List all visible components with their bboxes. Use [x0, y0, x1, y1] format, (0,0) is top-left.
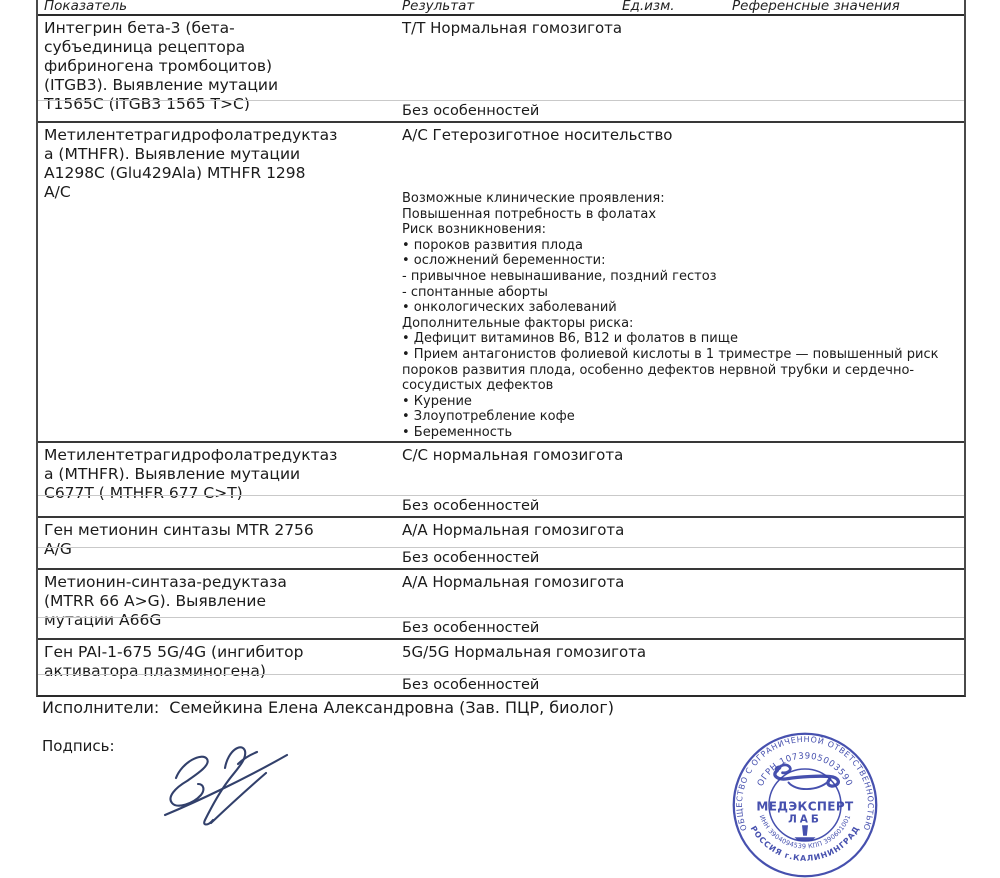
result-cell: А/С Гетерозиготное носительство — [402, 126, 962, 145]
table-row: Ген метионин синтазы MTR 2756 A/G А/А Но… — [38, 518, 964, 570]
result-cell: 5G/5G Нормальная гомозигота — [402, 643, 962, 662]
lab-report-page: Показатель Результат Ед.изм. Референсные… — [0, 0, 1000, 878]
comment-text: Без особенностей — [402, 549, 539, 567]
result-cell: А/А Нормальная гомозигота — [402, 573, 962, 592]
comment-text: Без особенностей — [402, 676, 539, 694]
table-row: Метионин-синтаза-редуктаза (MTRR 66 A>G)… — [38, 570, 964, 640]
header-reference: Референсные значения — [732, 0, 900, 13]
company-stamp: ОБЩЕСТВО С ОГРАНИЧЕННОЙ ОТВЕТСТВЕННОСТЬЮ… — [730, 730, 880, 878]
comment-row: Без особенностей — [38, 617, 964, 638]
header-units: Ед.изм. — [622, 0, 675, 13]
table-row: Метилентетрагидрофолатредуктаз а (MTHFR)… — [38, 123, 964, 443]
table-row: Ген PAI-1-675 5G/4G (ингибитор активатор… — [38, 640, 964, 695]
executors-value: Семейкина Елена Александровна (Зав. ПЦР,… — [169, 698, 614, 717]
results-table: Показатель Результат Ед.изм. Референсные… — [36, 0, 966, 697]
table-header-row: Показатель Результат Ед.изм. Референсные… — [38, 0, 964, 16]
header-indicator: Показатель — [44, 0, 127, 13]
comment-row: Без особенностей — [38, 100, 964, 121]
details-text: Возможные клинические проявления: Повыше… — [402, 191, 968, 441]
comment-text: Без особенностей — [402, 102, 539, 120]
signature-label: Подпись: — [42, 737, 115, 755]
table-row: Метилентетрагидрофолатредуктаз а (MTHFR)… — [38, 443, 964, 518]
stamp-company-name: МЕДЭКСПЕРТ — [756, 799, 854, 813]
comment-row: Без особенностей — [38, 547, 964, 568]
indicator-cell: Метилентетрагидрофолатредуктаз а (MTHFR)… — [44, 126, 396, 202]
signature-scribble — [148, 736, 298, 828]
comment-row: Без особенностей — [38, 674, 964, 695]
comment-text: Без особенностей — [402, 497, 539, 515]
executors-line: Исполнители:Семейкина Елена Александровн… — [42, 698, 614, 717]
comment-text: Без особенностей — [402, 619, 539, 637]
table-row: Интегрин бета-3 (бета- субъединица рецеп… — [38, 16, 964, 123]
table-body: Интегрин бета-3 (бета- субъединица рецеп… — [38, 16, 964, 695]
result-cell: А/А Нормальная гомозигота — [402, 521, 962, 540]
comment-row: Без особенностей — [38, 495, 964, 516]
executors-label: Исполнители: — [42, 698, 159, 717]
stamp-company-name-2: ЛАБ — [788, 813, 822, 825]
header-result: Результат — [402, 0, 474, 13]
result-cell: Т/Т Нормальная гомозигота — [402, 19, 962, 38]
result-cell: С/С нормальная гомозигота — [402, 446, 962, 465]
